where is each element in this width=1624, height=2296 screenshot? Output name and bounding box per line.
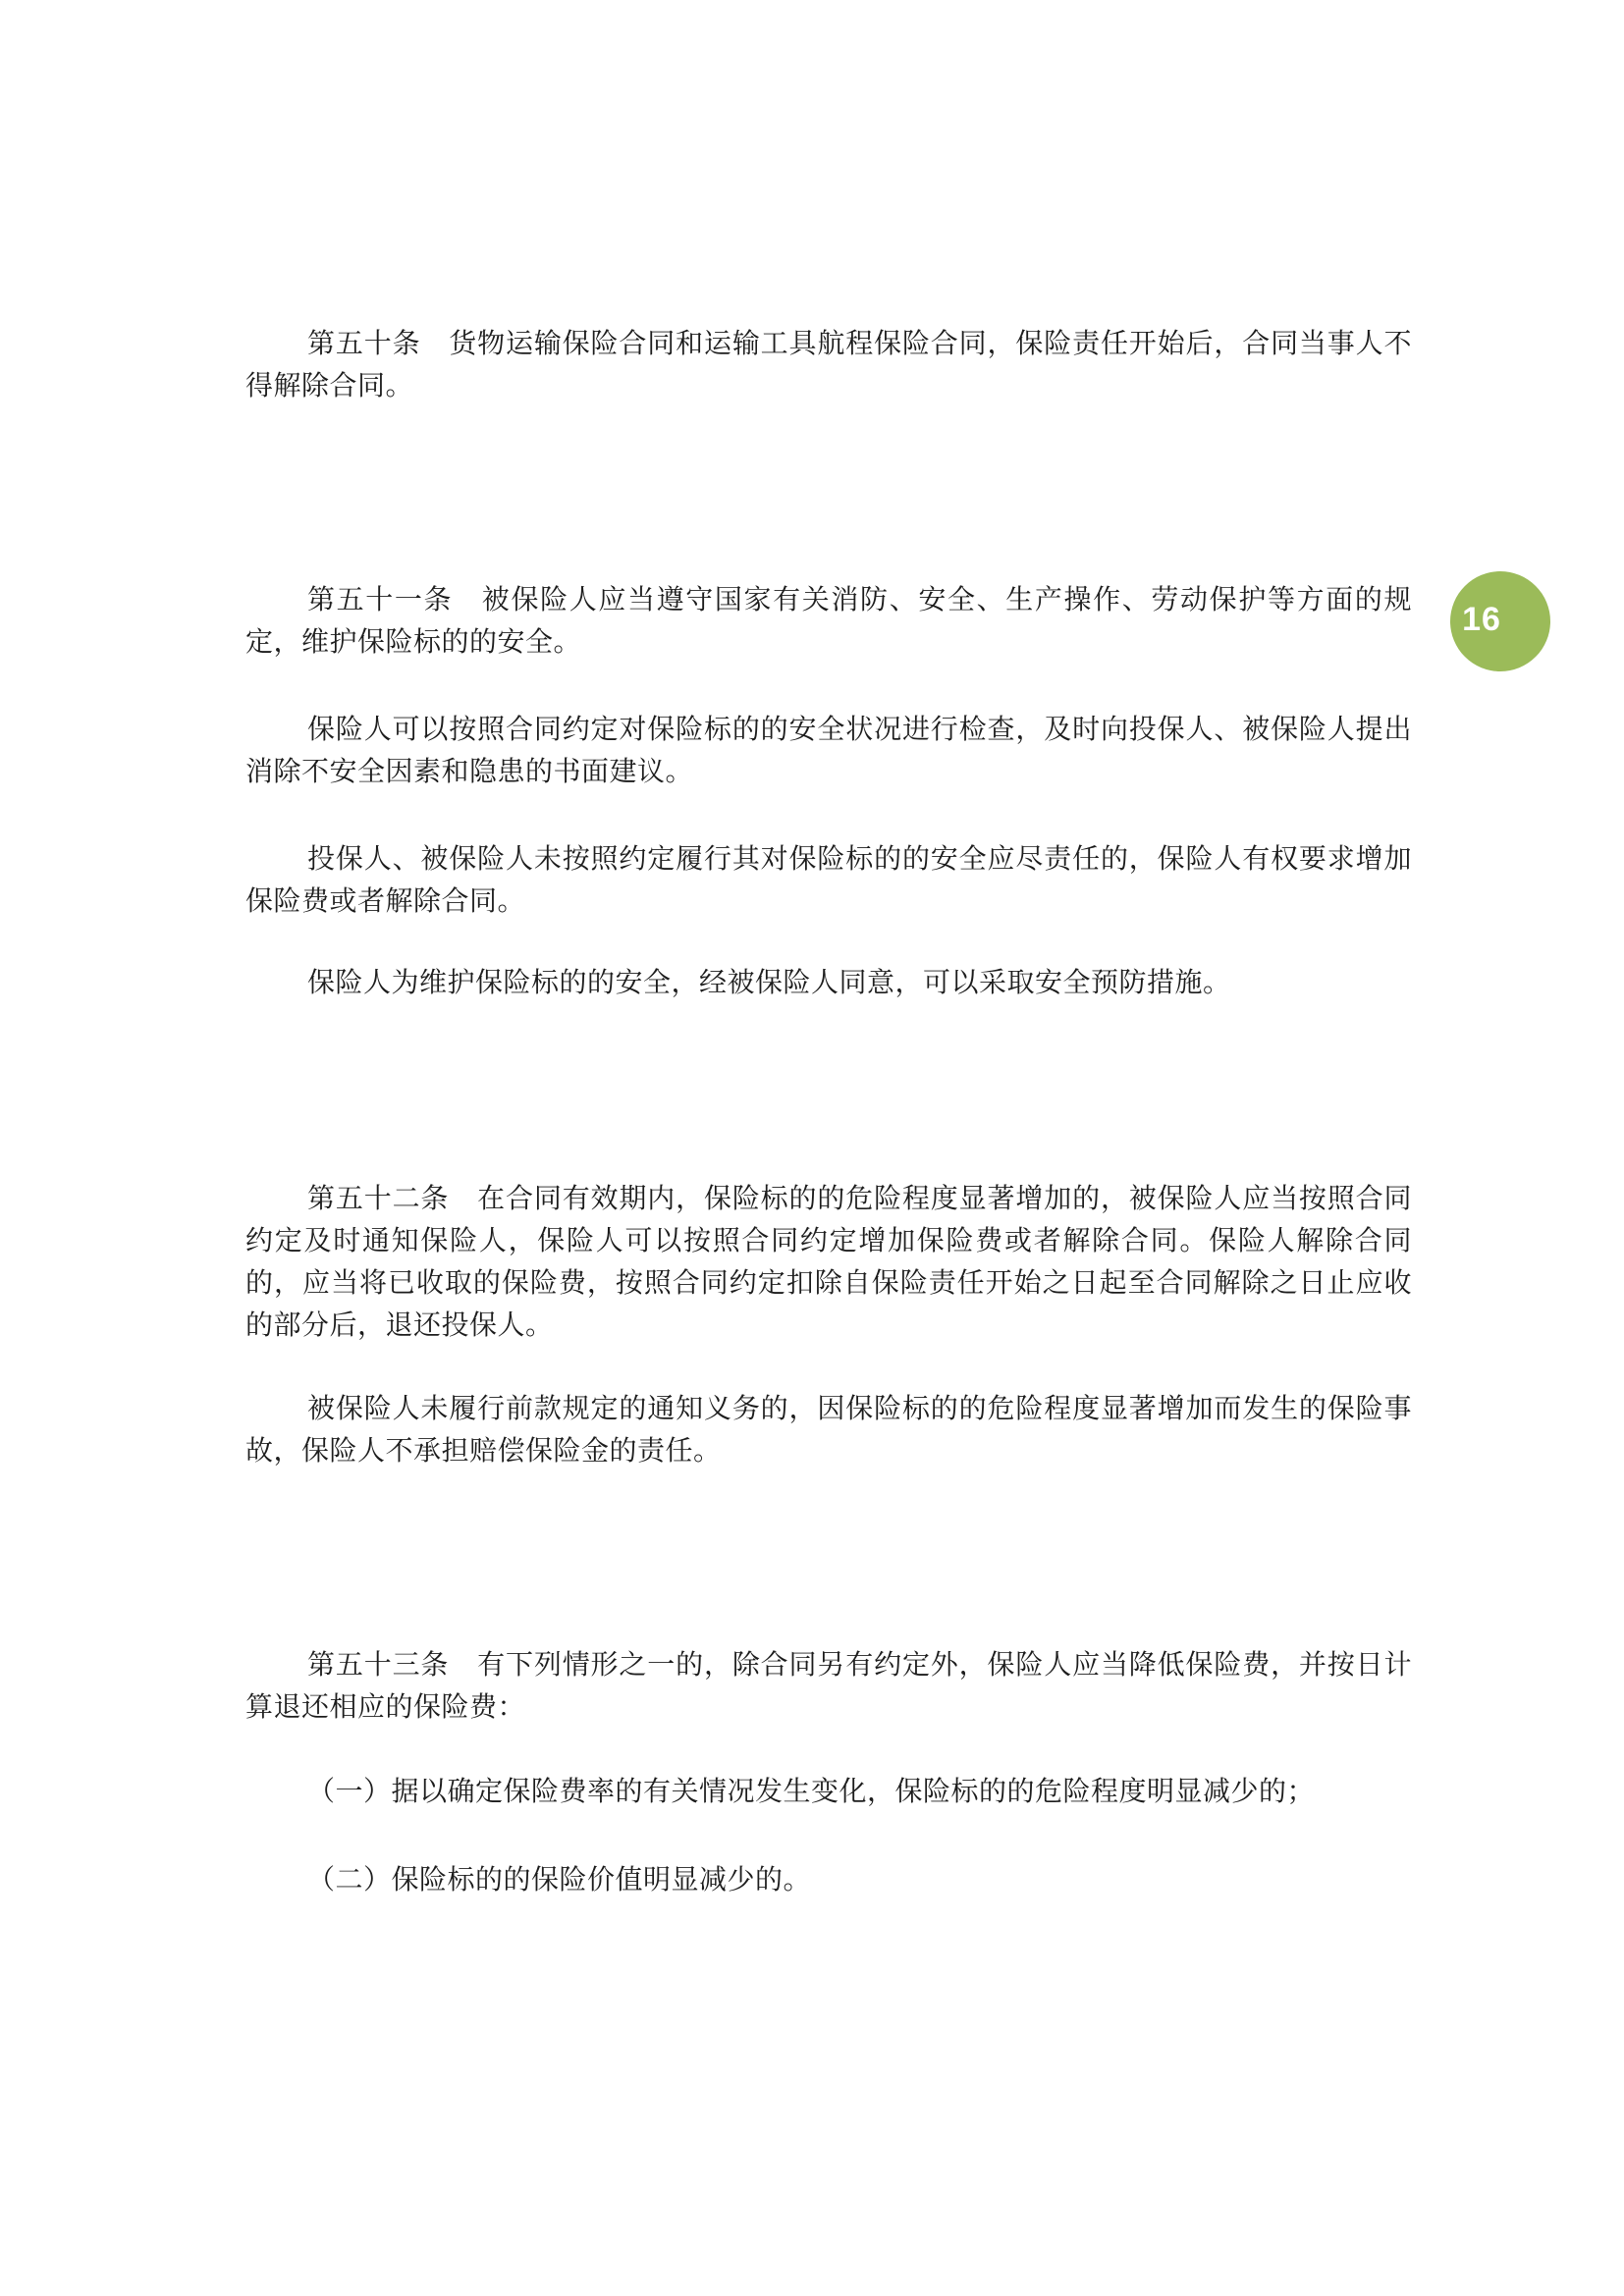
paragraph-article-52-clause-1: 第五十二条 在合同有效期内，保险标的的危险程度显著增加的，被保险人应当按照合同约…	[245, 1178, 1412, 1347]
paragraph-article-53-intro: 第五十三条 有下列情形之一的，除合同另有约定外，保险人应当降低保险费，并按日计算…	[245, 1644, 1412, 1729]
paragraph-article-51-clause-1: 第五十一条 被保险人应当遵守国家有关消防、安全、生产操作、劳动保护等方面的规定，…	[245, 579, 1412, 664]
paragraph-article-51-clause-3: 投保人、被保险人未按照约定履行其对保险标的的安全应尽责任的，保险人有权要求增加保…	[245, 838, 1412, 923]
paragraph-article-51-clause-2: 保险人可以按照合同约定对保险标的的安全状况进行检查，及时向投保人、被保险人提出消…	[245, 709, 1412, 793]
page-number-badge: 16	[1450, 571, 1550, 671]
paragraph-article-52-clause-2: 被保险人未履行前款规定的通知义务的，因保险标的的危险程度显著增加而发生的保险事故…	[245, 1388, 1412, 1472]
page-number-label: 16	[1462, 601, 1501, 639]
paragraph-article-53-item-2: （二）保险标的的保险价值明显减少的。	[245, 1859, 1412, 1901]
paragraph-article-53-item-1: （一）据以确定保险费率的有关情况发生变化，保险标的的危险程度明显减少的；	[245, 1771, 1412, 1813]
document-page: 第五十条 货物运输保险合同和运输工具航程保险合同，保险责任开始后，合同当事人不得…	[0, 0, 1624, 2296]
paragraph-article-50: 第五十条 货物运输保险合同和运输工具航程保险合同，保险责任开始后，合同当事人不得…	[245, 323, 1412, 407]
paragraph-article-51-clause-4: 保险人为维护保险标的的安全，经被保险人同意，可以采取安全预防措施。	[245, 962, 1412, 1004]
